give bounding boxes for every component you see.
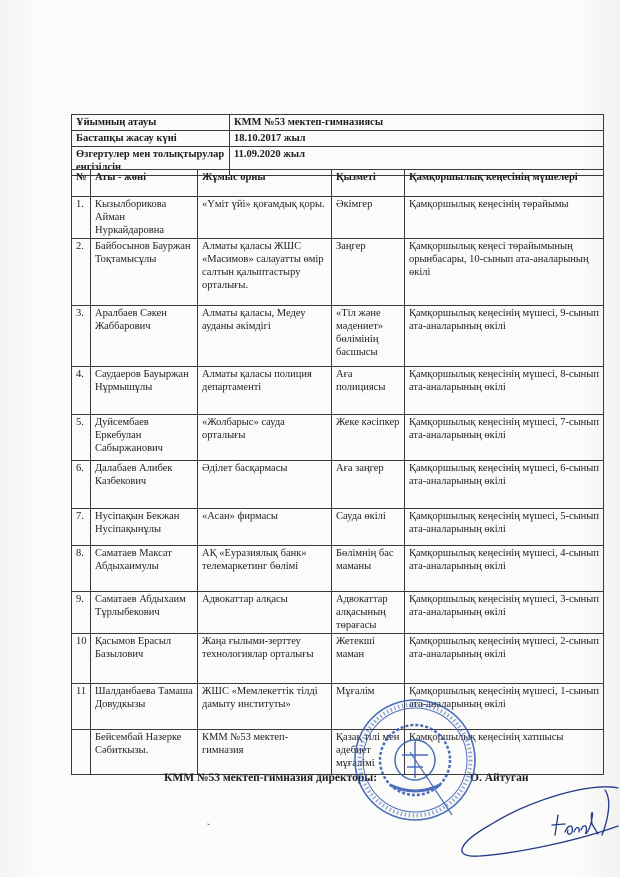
member-workplace: Адвокаттар алқасы — [198, 592, 332, 634]
table-row: 3.Аралбаев Сәкен ЖаббаровичАлматы қаласы… — [72, 306, 604, 367]
row-number: 6. — [72, 461, 91, 509]
member-workplace: «Үміт үйі» қоғамдық қоры. — [198, 197, 332, 239]
member-name: Далабаев Алибек Казбекович — [91, 461, 198, 509]
member-board-role: Қамқоршылық кеңесінің мүшесі, 9-сынып ат… — [405, 306, 604, 367]
table-row: 10Қасымов Ерасыл БазыловичЖаңа ғылыми-зе… — [72, 634, 604, 684]
table-row: 8.Саматаев Максат АбдыхаимулыАҚ «Еуразия… — [72, 546, 604, 592]
creation-date-label: Бастапқы жасау күні — [72, 131, 230, 147]
table-row: 11Шалданбаева Тамаша ДовудкызыЖШС «Мемле… — [72, 684, 604, 730]
organization-info-table: Ұйымның атауы КММ №53 мектеп-гимназиясы … — [71, 114, 604, 176]
member-workplace: Әділет басқармасы — [198, 461, 332, 509]
member-position: Әкімгер — [332, 197, 405, 239]
table-row: 2.Байбосынов Бауржан ТоқтамысұлыАлматы қ… — [72, 239, 604, 306]
tick-mark: ˇ — [207, 822, 210, 832]
member-board-role: Қамқоршылық кеңесінің мүшесі, 5-сынып ат… — [405, 509, 604, 546]
header-full-name: Аты - жөні — [91, 170, 198, 197]
member-name: Дуйсембаев Еркебулан Сабыржанович — [91, 415, 198, 461]
header-workplace: Жұмыс орны — [198, 170, 332, 197]
member-board-role: Қамқоршылық кеңесінің төрайымы — [405, 197, 604, 239]
member-name: Байбосынов Бауржан Тоқтамысұлы — [91, 239, 198, 306]
member-position: Бөлімнің бас маманы — [332, 546, 405, 592]
member-workplace: «Асан» фирмасы — [198, 509, 332, 546]
member-board-role: Қамқоршылық кеңесінің мүшесі, 8-сынып ат… — [405, 367, 604, 415]
table-row: 6.Далабаев Алибек КазбековичӘділет басқа… — [72, 461, 604, 509]
table-row: 9.Саматаев Абдыхаим ТұрлыбековичАдвокатт… — [72, 592, 604, 634]
board-members-table: № Аты - жөні Жұмыс орны Қызметі Қамқоршы… — [71, 169, 604, 775]
member-position: Сауда өкілі — [332, 509, 405, 546]
member-board-role: Қамқоршылық кеңесінің мүшесі, 3-сынып ат… — [405, 592, 604, 634]
table-row: Бейсембай Назерке Сәбиткызы.КММ №53 мект… — [72, 730, 604, 775]
member-workplace: Алматы қаласы полиция департаменті — [198, 367, 332, 415]
org-name-row: Ұйымның атауы КММ №53 мектеп-гимназиясы — [72, 115, 604, 131]
member-name: Аралбаев Сәкен Жаббарович — [91, 306, 198, 367]
row-number: 10 — [72, 634, 91, 684]
member-position: Аға заңгер — [332, 461, 405, 509]
member-position: Заңгер — [332, 239, 405, 306]
member-workplace: Алматы қаласы ЖШС «Масимов» салауатты өм… — [198, 239, 332, 306]
creation-date-row: Бастапқы жасау күні 18.10.2017 жыл — [72, 131, 604, 147]
member-position: Адвокаттар алқасының төрағасы — [332, 592, 405, 634]
member-workplace: АҚ «Еуразиялық банк» телемаркетинг бөлім… — [198, 546, 332, 592]
member-name: Саматаев Максат Абдыхаимулы — [91, 546, 198, 592]
creation-date-value: 18.10.2017 жыл — [230, 131, 604, 147]
table-header-row: № Аты - жөні Жұмыс орны Қызметі Қамқоршы… — [72, 170, 604, 197]
member-board-role: Қамқоршылық кеңесінің мүшесі, 6-сынып ат… — [405, 461, 604, 509]
row-number: 9. — [72, 592, 91, 634]
table-row: 1.Кызылборикова Айман Нуркайдаровна«Үміт… — [72, 197, 604, 239]
table-row: 5.Дуйсембаев Еркебулан Сабыржанович«Жолб… — [72, 415, 604, 461]
header-position: Қызметі — [332, 170, 405, 197]
member-name: Кызылборикова Айман Нуркайдаровна — [91, 197, 198, 239]
handwritten-signature-icon — [440, 780, 620, 860]
row-number: 4. — [72, 367, 91, 415]
member-board-role: Қамқоршылық кеңесі төрайымының орынбасар… — [405, 239, 604, 306]
member-workplace: Алматы қаласы, Медеу ауданы әкімдігі — [198, 306, 332, 367]
row-number: 11 — [72, 684, 91, 730]
member-position: Аға полициясы — [332, 367, 405, 415]
member-position: «Тіл және мәдениет» бөлімінің басшысы — [332, 306, 405, 367]
member-position: Жетекші маман — [332, 634, 405, 684]
member-board-role: Қамқоршылық кеңесінің мүшесі, 7-сынып ат… — [405, 415, 604, 461]
table-row: 4.Саудаеров Бауыржан НұрмышұлыАлматы қал… — [72, 367, 604, 415]
row-number: 2. — [72, 239, 91, 306]
member-board-role: Қамқоршылық кеңесінің мүшесі, 2-сынып ат… — [405, 634, 604, 684]
header-board-role: Қамқоршылық кеңесінің мүшелері — [405, 170, 604, 197]
director-label: КММ №53 мектеп-гимназия директоры: — [164, 772, 377, 784]
member-board-role: Қамқоршылық кеңесінің мүшесі, 4-сынып ат… — [405, 546, 604, 592]
member-workplace: «Жолбарыс» сауда орталығы — [198, 415, 332, 461]
member-name: Бейсембай Назерке Сәбиткызы. — [91, 730, 198, 775]
member-position: Жеке кәсіпкер — [332, 415, 405, 461]
member-name: Шалданбаева Тамаша Довудкызы — [91, 684, 198, 730]
member-name: Саматаев Абдыхаим Тұрлыбекович — [91, 592, 198, 634]
member-name: Қасымов Ерасыл Базылович — [91, 634, 198, 684]
org-name-label: Ұйымның атауы — [72, 115, 230, 131]
org-name-value: КММ №53 мектеп-гимназиясы — [230, 115, 604, 131]
row-number: 3. — [72, 306, 91, 367]
member-workplace: Жаңа ғылыми-зерттеу технологиялар орталы… — [198, 634, 332, 684]
row-number: 8. — [72, 546, 91, 592]
member-name: Нусіпақын Бекжан Нусіпақынұлы — [91, 509, 198, 546]
row-number: 1. — [72, 197, 91, 239]
row-number: 5. — [72, 415, 91, 461]
member-workplace: КММ №53 мектеп-гимназия — [198, 730, 332, 775]
member-workplace: ЖШС «Мемлекеттік тілді дамыту институты» — [198, 684, 332, 730]
row-number: 7. — [72, 509, 91, 546]
row-number — [72, 730, 91, 775]
table-row: 7.Нусіпақын Бекжан Нусіпақынұлы«Асан» фи… — [72, 509, 604, 546]
header-number: № — [72, 170, 91, 197]
member-name: Саудаеров Бауыржан Нұрмышұлы — [91, 367, 198, 415]
